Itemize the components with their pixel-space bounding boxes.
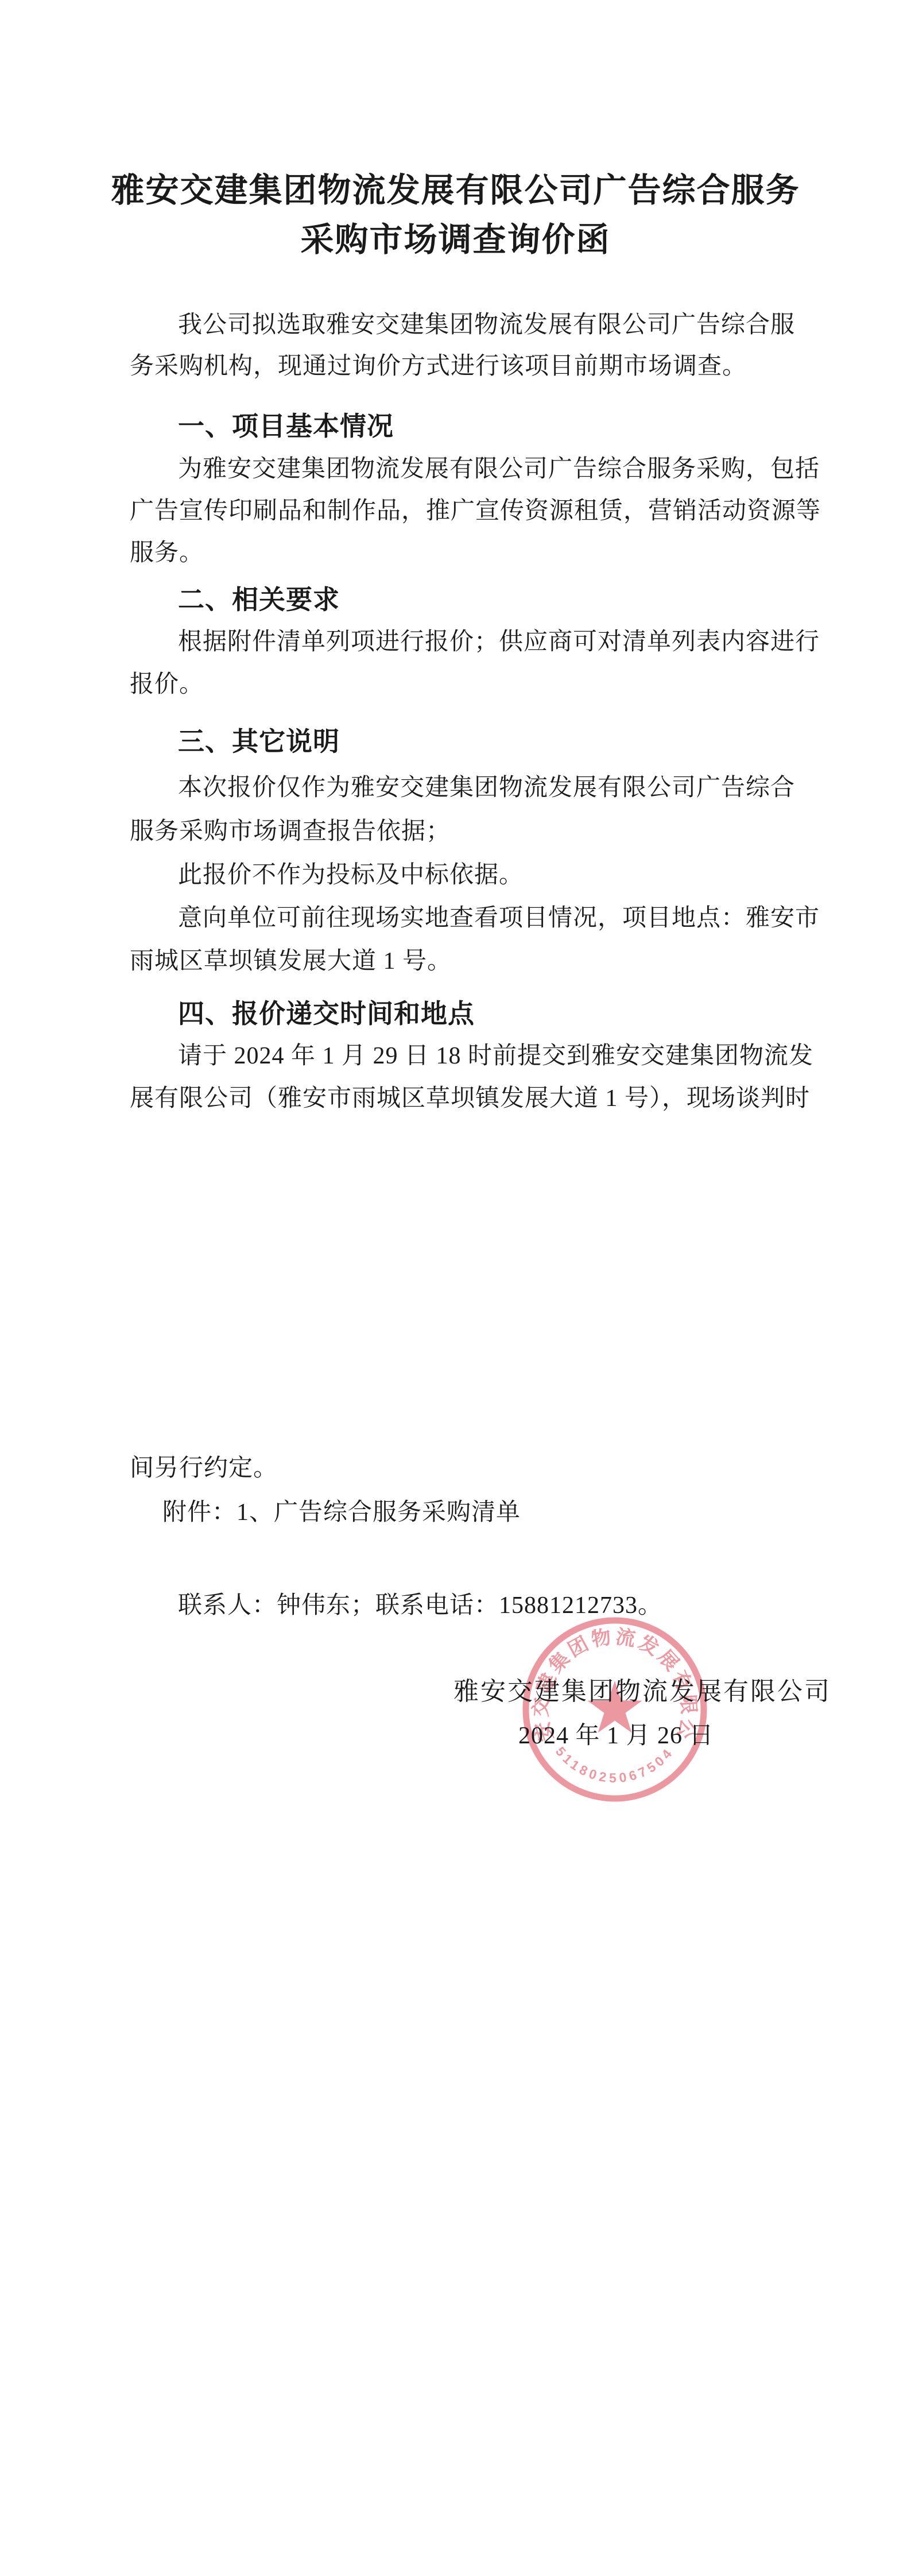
official-seal-stamp: 雅安交建集团物流发展有限公司 5118025067504 <box>517 1612 712 1807</box>
document-page: 雅安交建集团物流发展有限公司广告综合服务 采购市场调查询价函 我公司拟选取雅安交… <box>0 0 911 2576</box>
section-1-line: 为雅安交建集团物流发展有限公司广告综合服务采购，包括 <box>178 456 820 482</box>
continuation-line: 间另行约定。 <box>130 1455 278 1482</box>
intro-paragraph-line: 我公司拟选取雅安交建集团物流发展有限公司广告综合服 <box>178 312 795 338</box>
section-heading-1: 一、项目基本情况 <box>178 412 394 441</box>
section-1-line: 服务。 <box>130 540 204 566</box>
section-heading-2: 二、相关要求 <box>178 585 340 614</box>
section-3-line: 此报价不作为投标及中标依据。 <box>178 862 524 888</box>
section-2-line: 根据附件清单列项进行报价；供应商可对清单列表内容进行 <box>178 629 820 655</box>
document-title-line-2: 采购市场调查询价函 <box>0 222 911 258</box>
document-title-line-1: 雅安交建集团物流发展有限公司广告综合服务 <box>0 172 911 209</box>
section-2-line: 报价。 <box>130 671 204 698</box>
section-4-line: 请于 2024 年 1 月 29 日 18 时前提交到雅安交建集团物流发 <box>178 1043 813 1069</box>
intro-paragraph-line: 务采购机构，现通过询价方式进行该项目前期市场调查。 <box>130 353 747 380</box>
signature-date: 2024 年 1 月 26 日 <box>518 1723 714 1749</box>
section-1-line: 广告宣传印刷品和制作品，推广宣传资源租赁，营销活动资源等 <box>130 498 821 524</box>
section-3-line: 服务采购市场调查报告依据； <box>130 818 451 845</box>
section-heading-4: 四、报价递交时间和地点 <box>178 999 475 1028</box>
section-3-line: 意向单位可前往现场实地查看项目情况，项目地点：雅安市 <box>178 905 820 931</box>
section-4-line: 展有限公司（雅安市雨城区草坝镇发展大道 1 号），现场谈判时 <box>130 1085 810 1112</box>
seal-serial-number: 5118025067504 <box>553 1744 677 1785</box>
section-heading-3: 三、其它说明 <box>178 727 340 756</box>
signature-company: 雅安交建集团物流发展有限公司 <box>453 1678 831 1705</box>
section-3-line: 雨城区草坝镇发展大道 1 号。 <box>130 948 452 974</box>
attachment-line: 附件：1、广告综合服务采购清单 <box>162 1499 521 1526</box>
section-3-line: 本次报价仅作为雅安交建集团物流发展有限公司广告综合 <box>178 775 795 801</box>
